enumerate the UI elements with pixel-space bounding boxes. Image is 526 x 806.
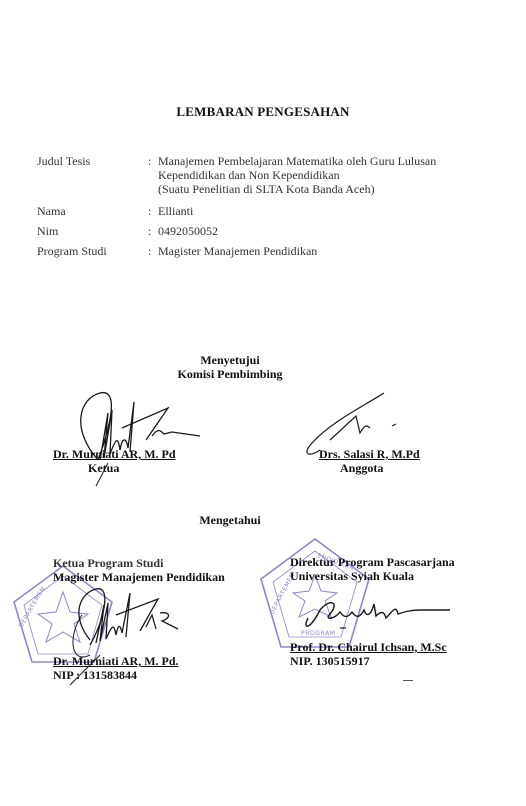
left-title-1: Ketua Program Studi	[53, 556, 163, 571]
left-signatory-nip: NIP : 131583844	[53, 668, 137, 683]
signature-ketua-icon	[60, 388, 210, 488]
field-value: :Ellianti	[148, 204, 488, 218]
signature-right-icon	[300, 590, 450, 640]
approval-subheading: Komisi Pembimbing	[130, 367, 330, 381]
right-signatory-name: Prof. Dr. Chairul Ichsan, M.Sc	[290, 640, 447, 655]
right-signatory-nip: NIP. 130515917	[290, 654, 370, 669]
field-value-line: Kependidikan dan Non Kependidikan	[148, 168, 488, 182]
signatory-role: Anggota	[340, 461, 383, 476]
field-value-line: (Suatu Penelitian di SLTA Kota Banda Ace…	[148, 182, 488, 196]
field-label: Judul Tesis	[37, 154, 147, 168]
approval-heading: Menyetujui	[130, 353, 330, 367]
field-value: :Manajemen Pembelajaran Matematika oleh …	[148, 154, 488, 196]
stamp-left-text: DEPARTEMEN	[18, 585, 47, 629]
left-signatory-name: Dr. Murniati AR, M. Pd.	[53, 654, 179, 669]
signatory-role: Ketua	[88, 461, 119, 476]
signatory-name: Dr. Murniati AR, M. Pd	[53, 447, 176, 462]
field-value: :0492050052	[148, 224, 488, 238]
field-label: Program Studi	[37, 244, 147, 258]
field-label: Nama	[37, 204, 147, 218]
right-title-2: Universitas Syiah Kuala	[290, 569, 414, 584]
field-value-text: Ellianti	[158, 204, 193, 218]
right-title-1: Direktur Program Pascasarjana	[290, 555, 455, 570]
page-title: LEMBARAN PENGESAHAN	[0, 104, 526, 120]
left-title-2: Magister Manajemen Pendidikan	[53, 570, 225, 585]
acknowledgement-heading: Mengetahui	[150, 513, 310, 527]
field-value: :Magister Manajemen Pendidikan	[148, 244, 488, 258]
page-mark	[403, 680, 413, 681]
field-value-line: Manajemen Pembelajaran Matematika oleh G…	[158, 154, 436, 168]
signatory-name: Drs. Salasi R, M.Pd	[319, 447, 420, 462]
field-value-text: 0492050052	[158, 224, 218, 238]
field-value-text: Magister Manajemen Pendidikan	[158, 244, 317, 258]
field-label: Nim	[37, 224, 147, 238]
